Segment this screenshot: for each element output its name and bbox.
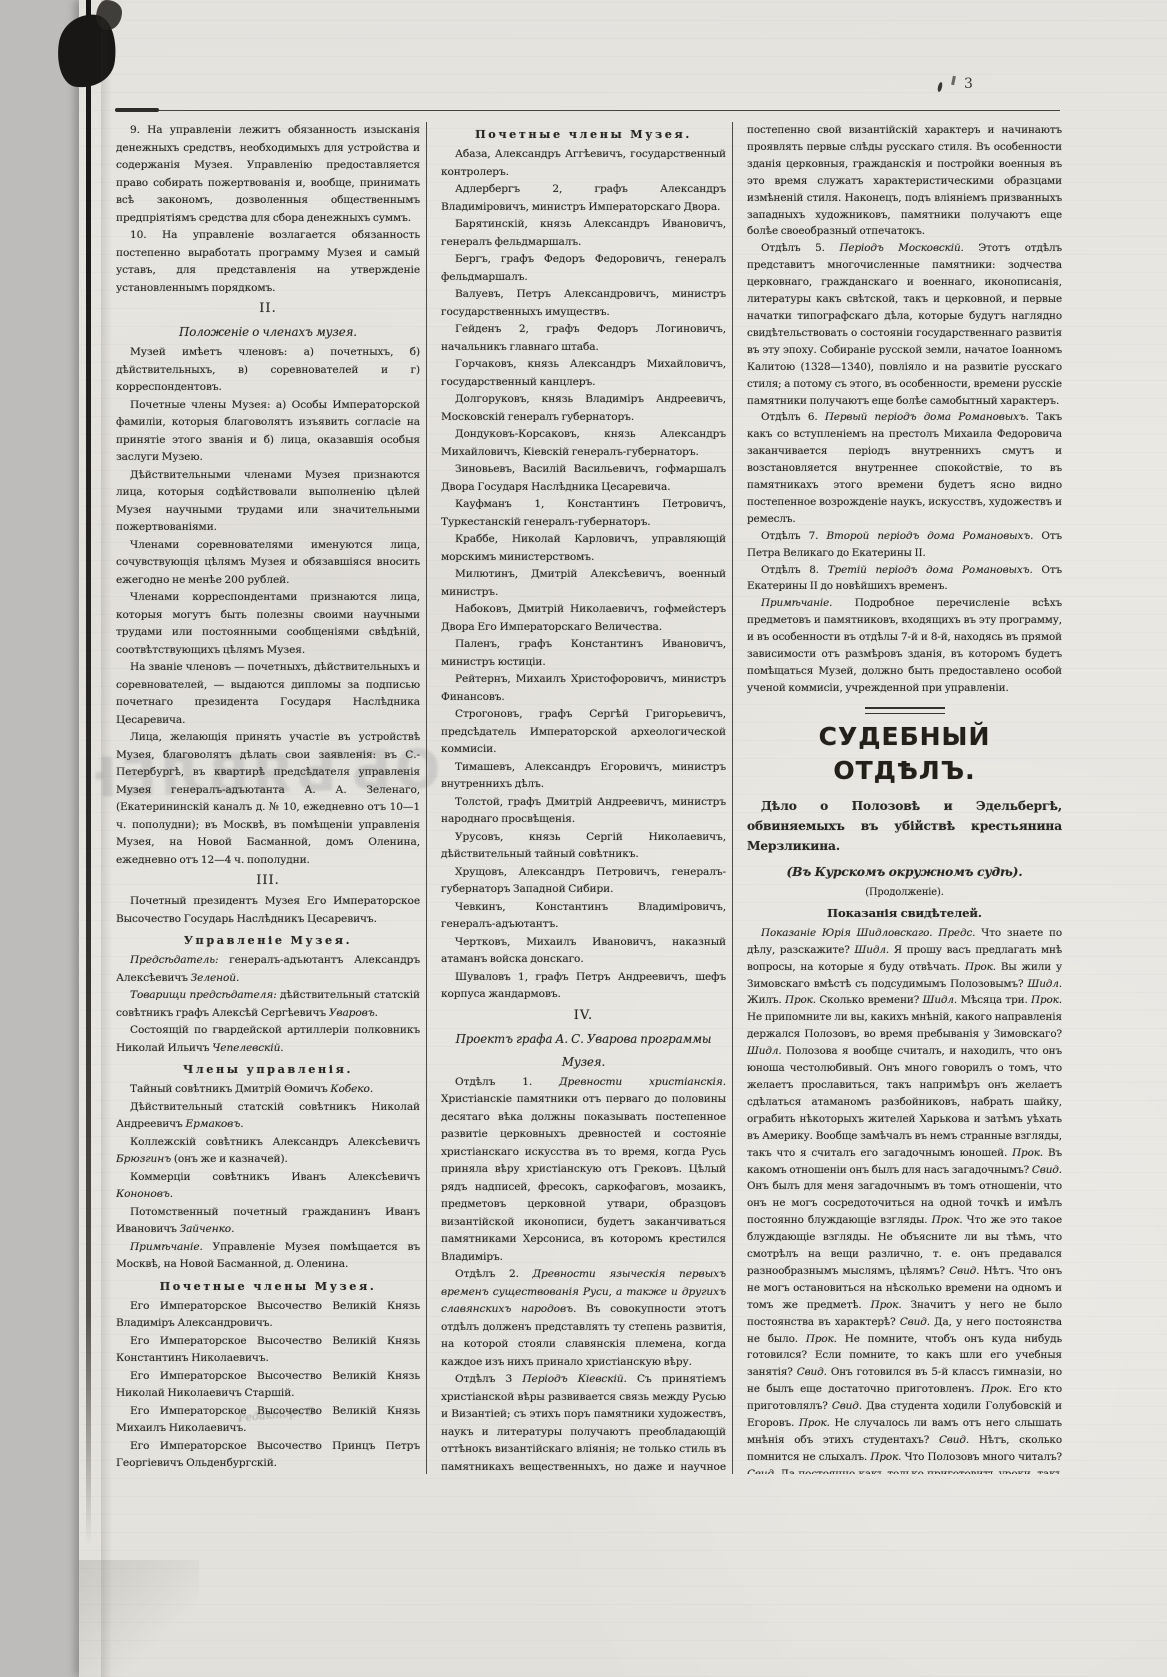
paragraph: Коммерціи совѣтникъ Иванъ Алексѣевичъ Ко…	[116, 1169, 420, 1204]
paragraph: Горчаковъ, князь Александръ Михайловичъ,…	[441, 356, 726, 391]
paragraph: 10. На управленіе возлагается обязанност…	[116, 227, 420, 297]
paragraph: Валуевъ, Петръ Александровичъ, министръ …	[441, 286, 726, 321]
italic-heading: Положеніе о членахъ музея.	[116, 321, 420, 344]
page-crease	[101, 0, 115, 1677]
section-numeral: II.	[116, 297, 420, 321]
paragraph: Долгоруковъ, князь Владиміръ Андреевичъ,…	[441, 391, 726, 426]
paragraph: Строгоновъ, графъ Сергѣй Григорьевичъ, п…	[441, 706, 726, 759]
paragraph: Примѣчаніе. Подробное перечисленіе всѣхъ…	[747, 595, 1062, 696]
paragraph: Членами соревнователями именуются лица, …	[116, 537, 420, 590]
paragraph: Дондуковъ-Корсаковъ, князь Александръ Ми…	[441, 426, 726, 461]
section-divider	[865, 707, 945, 714]
paragraph: Товарищи предсѣдателя: дѣйствительный ст…	[116, 987, 420, 1022]
paragraph: Отдѣлъ 5. Періодъ Московскій. Этотъ отдѣ…	[747, 240, 1062, 409]
newspaper-scan: { "page_number": "3", "show_through": { …	[0, 0, 1167, 1677]
paragraph: Хрущовъ, Александръ Петровичъ, генералъ-…	[441, 864, 726, 899]
paragraph: Барятинскій, князь Александръ Ивановичъ,…	[441, 216, 726, 251]
paragraph: Тимашевъ, Александръ Егоровичъ, министръ…	[441, 759, 726, 794]
court-venue-line: (Въ Курскомъ окружномъ судѣ).	[747, 860, 1062, 884]
paragraph: Гейденъ 2, графъ Федоръ Логиновичъ, нача…	[441, 321, 726, 356]
paragraph: Почетные члены Музея: а) Особы Император…	[116, 397, 420, 467]
paragraph: Музей имѣетъ членовъ: а) почетныхъ, б) д…	[116, 344, 420, 397]
page-number: 3	[952, 76, 974, 92]
paragraph: Набоковъ, Дмитрій Николаевичъ, гофмейсте…	[441, 601, 726, 636]
paragraph: Его Императорское Высочество Принцъ Петр…	[116, 1438, 420, 1473]
spaced-heading: Почетные члены Музея.	[116, 1274, 420, 1298]
paragraph: Бергъ, графъ Федоръ Федоровичъ, генералъ…	[441, 251, 726, 286]
paragraph: Коллежскій совѣтникъ Александръ Алексѣев…	[116, 1134, 420, 1169]
paragraph: Его Императорское Высочество Великій Кня…	[116, 1403, 420, 1438]
spaced-heading: Почетные члены Музея.	[441, 122, 726, 146]
paragraph: Отдѣлъ 1. Древности христіанскія. Христі…	[441, 1074, 726, 1267]
paragraph: Дѣйствительный статскій совѣтникъ Никола…	[116, 1099, 420, 1134]
paragraph: Членами корреспондентами признаются лица…	[116, 589, 420, 659]
column-right: постепенно свой византійскій характеръ и…	[732, 122, 1062, 1474]
italic-heading: Проектъ графа А. С. Уварова программы Му…	[441, 1028, 726, 1074]
header-rule	[115, 110, 1060, 111]
paragraph: Примѣчаніе. Управленіе Музея помѣщается …	[116, 1239, 420, 1274]
paragraph: Чевкинъ, Константинъ Владиміровичъ, гене…	[441, 899, 726, 934]
continuation-note: (Продолженіе).	[747, 884, 1062, 902]
paragraph: Показаніе Юрія Шидловскаго. Предс. Что з…	[747, 925, 1062, 1474]
paragraph: Его Императорское Высочество Великій Кня…	[116, 1298, 420, 1333]
section-numeral: IV.	[441, 1004, 726, 1028]
paragraph: Паленъ, графъ Константинъ Ивановичъ, мин…	[441, 636, 726, 671]
paragraph: Отдѣлъ 3 Періодъ Кіевскій. Съ принятіемъ…	[441, 1371, 726, 1474]
column-left: 9. На управленіи лежитъ обязанность изыс…	[116, 122, 426, 1474]
paragraph: Абаза, Александръ Аггѣевичъ, государстве…	[441, 146, 726, 181]
corner-shade	[79, 1560, 199, 1677]
paragraph: Высокопреосвященный Исидоръ, Митрополитъ…	[116, 1473, 420, 1475]
paragraph: Состоящій по гвардейской артиллеріи полк…	[116, 1022, 420, 1057]
paragraph: Отдѣлъ 6. Первый періодъ дома Романовыхъ…	[747, 409, 1062, 527]
paragraph: Чертковъ, Михаилъ Ивановичъ, наказный ат…	[441, 934, 726, 969]
paragraph: 9. На управленіи лежитъ обязанность изыс…	[116, 122, 420, 227]
column-middle: Почетные члены Музея.Абаза, Александръ А…	[426, 122, 732, 1474]
paragraph: Кауфманъ 1, Константинъ Петровичъ, Турке…	[441, 496, 726, 531]
spaced-heading: Управленіе Музея.	[116, 928, 420, 952]
paragraph: Адлербергъ 2, графъ Александръ Владиміро…	[441, 181, 726, 216]
paragraph: Краббе, Николай Карловичъ, управляющій м…	[441, 531, 726, 566]
page-edge-shadow	[86, 0, 91, 1545]
section-numeral: III.	[116, 869, 420, 893]
paragraph: Рейтернъ, Михаилъ Христофоровичъ, минист…	[441, 671, 726, 706]
text-columns: 9. На управленіи лежитъ обязанность изыс…	[116, 122, 1062, 1474]
paragraph: Милютинъ, Дмитрій Алексѣевичъ, военный м…	[441, 566, 726, 601]
paragraph: Потомственный почетный гражданинъ Иванъ …	[116, 1204, 420, 1239]
spaced-heading: Члены управленія.	[116, 1057, 420, 1081]
paragraph: Отдѣлъ 8. Третій періодъ дома Романовыхъ…	[747, 562, 1062, 596]
paragraph: Тайный совѣтникъ Дмитрій Ѳомичъ Кобеко.	[116, 1081, 420, 1099]
paragraph: Урусовъ, князь Сергій Николаевичъ, дѣйст…	[441, 829, 726, 864]
paragraph: Его Императорское Высочество Великій Кня…	[116, 1333, 420, 1368]
paragraph-continuation: постепенно свой византійскій характеръ и…	[747, 122, 1062, 240]
case-title: Дѣло о Полозовѣ и Эдельбергѣ, обвиняемых…	[747, 796, 1062, 856]
section-title: СУДЕБНЫЙ ОТДѢЛЪ.	[747, 720, 1062, 788]
paragraph: Дѣйствительными членами Музея признаются…	[116, 467, 420, 537]
bold-heading: Показанія свидѣтелей.	[747, 902, 1062, 925]
paragraph: Зиновьевъ, Василій Васильевичъ, гофмарша…	[441, 461, 726, 496]
paragraph: Предсѣдатель: генералъ-адъютантъ Алексан…	[116, 952, 420, 987]
paragraph: Лица, желающія принять участіе въ устрой…	[116, 729, 420, 869]
paragraph: Отдѣлъ 2. Древности языческія первыхъ вр…	[441, 1266, 726, 1371]
paragraph: Его Императорское Высочество Великій Кня…	[116, 1368, 420, 1403]
paragraph: На званіе членовъ — почетныхъ, дѣйствите…	[116, 659, 420, 729]
paragraph: Почетный президентъ Музея Его Императорс…	[116, 893, 420, 928]
paragraph: Шуваловъ 1, графъ Петръ Андреевичъ, шефъ…	[441, 969, 726, 1004]
paragraph: Толстой, графъ Дмитрій Андреевичъ, минис…	[441, 794, 726, 829]
paragraph: Отдѣлъ 7. Второй періодъ дома Романовыхъ…	[747, 528, 1062, 562]
